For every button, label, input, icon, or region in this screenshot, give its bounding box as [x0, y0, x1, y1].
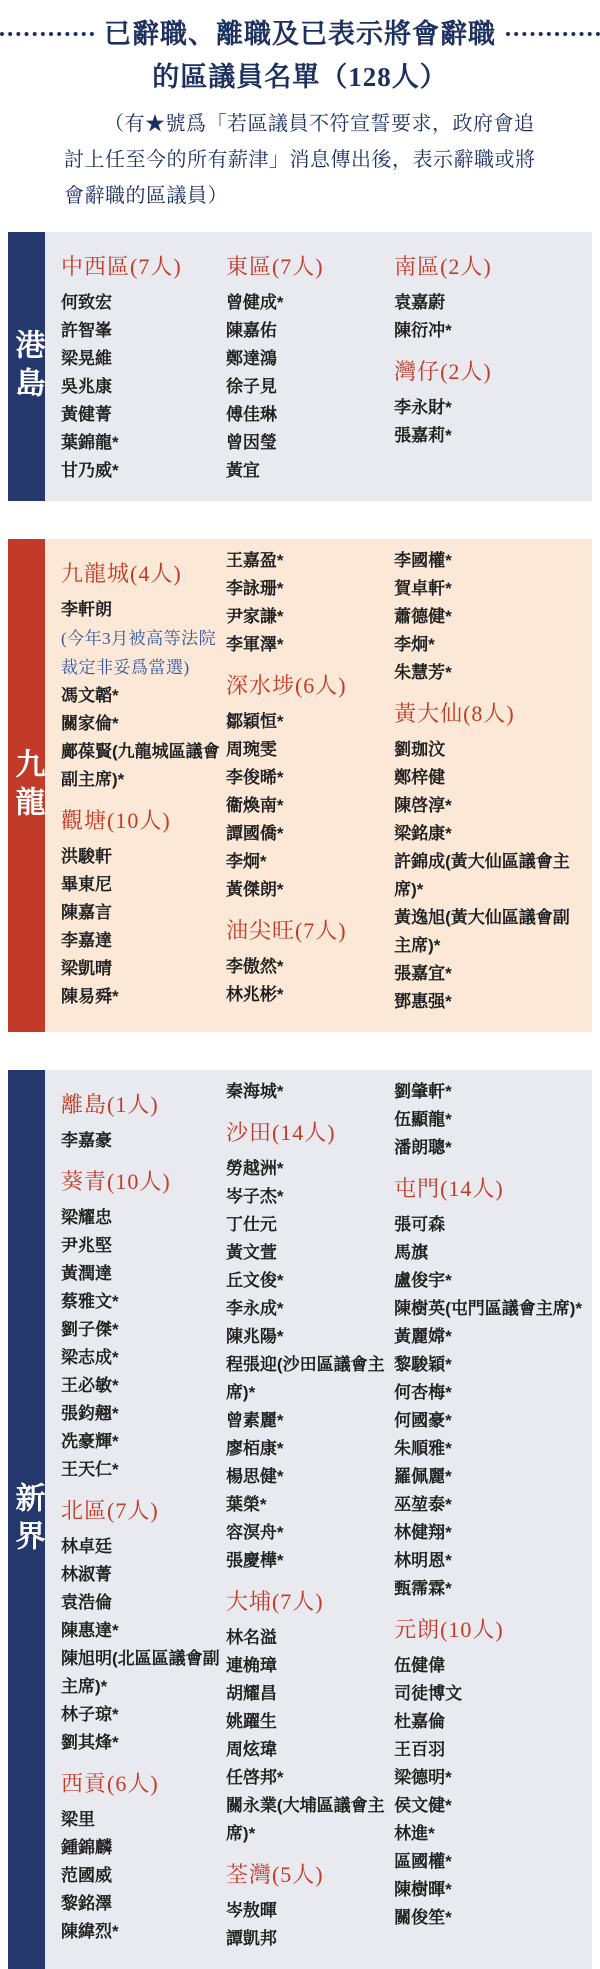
dotted-line-left — [0, 32, 94, 36]
councillor-name: 尹家謙* — [226, 603, 390, 631]
councillor-name: 許智峯 — [61, 317, 222, 345]
councillor-name: 黃潤達 — [61, 1260, 222, 1288]
councillor-name: 譚凱邦 — [226, 1925, 390, 1953]
title-row: 已辭職、離職及已表示將會辭職 — [0, 12, 600, 51]
region-section-hong-kong-island: 港島中西區(7人)何致宏許智峯梁晃維吳兆康黃健菁葉錦龍*甘乃威*東區(7人)曾健… — [8, 232, 592, 501]
councillor-name: 潘朗聰* — [394, 1134, 584, 1162]
councillor-name: 鄒穎恒* — [226, 708, 390, 736]
councillor-name: 王必敏* — [61, 1372, 222, 1400]
page-title-line2: 的區議員名單（128人） — [0, 55, 600, 94]
councillor-name: 丁仕元 — [226, 1211, 390, 1239]
councillor-name: 冼豪輝* — [61, 1428, 222, 1456]
councillor-name: 伍顯龍* — [394, 1106, 584, 1134]
councillor-name: 曾健成* — [226, 289, 390, 317]
councillor-name: 黃文萱 — [226, 1239, 390, 1267]
district-header: 油尖旺(7人) — [226, 917, 390, 945]
councillor-name: 朱慧芳* — [394, 659, 584, 687]
councillor-name: 杜嘉倫 — [394, 1708, 584, 1736]
councillor-name: 馬旗 — [394, 1239, 584, 1267]
district-header: 沙田(14人) — [226, 1119, 390, 1147]
councillor-name: 劉肇軒* — [394, 1078, 584, 1106]
councillor-name: 李軒朗 — [61, 596, 222, 624]
dotted-line-right — [506, 32, 600, 36]
councillor-name: 林健翔* — [394, 1519, 584, 1547]
councillor-name: 賀卓軒* — [394, 575, 584, 603]
region-columns: 中西區(7人)何致宏許智峯梁晃維吳兆康黃健菁葉錦龍*甘乃威*東區(7人)曾健成*… — [45, 232, 592, 501]
councillor-name: 王百羽 — [394, 1736, 584, 1764]
councillor-name: 黃健菁 — [61, 401, 222, 429]
councillor-name: 張可森 — [394, 1211, 584, 1239]
councillor-name: 秦海城* — [226, 1078, 390, 1106]
councillor-name: 廖栢康* — [226, 1435, 390, 1463]
councillor-name: 蕭德健* — [394, 603, 584, 631]
councillor-name: 黃傑朗* — [226, 876, 390, 904]
councillor-name: 袁浩倫 — [61, 1589, 222, 1617]
councillor-name: 劉珈汶 — [394, 736, 584, 764]
district-header: 西貢(6人) — [61, 1770, 222, 1798]
councillor-name: 黎駿穎* — [394, 1351, 584, 1379]
councillor-name: 梁晃維 — [61, 345, 222, 373]
councillor-name: 蔡雅文* — [61, 1288, 222, 1316]
district-header: 東區(7人) — [226, 253, 390, 281]
district-header: 離島(1人) — [61, 1091, 222, 1119]
councillor-name: 葉錦龍* — [61, 429, 222, 457]
councillor-name: 周琬雯 — [226, 736, 390, 764]
district-header: 荃灣(5人) — [226, 1861, 390, 1889]
councillor-name: 何杏梅* — [394, 1379, 584, 1407]
councillor-name: 李俊晞* — [226, 764, 390, 792]
district-header: 元朗(10人) — [394, 1616, 584, 1644]
district-header: 九龍城(4人) — [61, 560, 222, 588]
councillor-name: 巫堃泰* — [394, 1491, 584, 1519]
councillor-name: 李永財* — [394, 394, 584, 422]
councillor-name: 關永業(大埔區議會主席)* — [226, 1792, 390, 1848]
councillor-name: 姚躍生 — [226, 1708, 390, 1736]
councillor-name: 王天仁* — [61, 1456, 222, 1484]
district-header: 南區(2人) — [394, 253, 584, 281]
councillor-name: 梁德明* — [394, 1764, 584, 1792]
councillor-name: 岑敖暉 — [226, 1897, 390, 1925]
councillor-name: 黃逸旭(黃大仙區議會副主席)* — [394, 904, 584, 960]
councillor-name: 關俊笙* — [394, 1904, 584, 1932]
councillor-name: 鄭達鴻 — [226, 345, 390, 373]
councillor-name: 袁嘉蔚 — [394, 289, 584, 317]
councillor-name: 張慶樺* — [226, 1547, 390, 1575]
column: 九龍城(4人)李軒朗(今年3月被高等法院裁定非妥爲當選)馮文韜*關家倫*鄺葆賢(… — [61, 547, 222, 1016]
councillor-name: 李國權* — [394, 547, 584, 575]
councillor-name: 林子琼* — [61, 1701, 222, 1729]
councillor-name: 劉子傑* — [61, 1316, 222, 1344]
region-columns: 離島(1人)李嘉豪葵青(10人)梁耀忠尹兆堅黃潤達蔡雅文*劉子傑*梁志成*王必敏… — [45, 1070, 592, 1969]
councillor-name: 李嘉達 — [61, 927, 222, 955]
councillor-name: 岑子杰* — [226, 1183, 390, 1211]
councillor-name: 曾因瑩 — [226, 429, 390, 457]
councillor-name: 任啓邦* — [226, 1764, 390, 1792]
councillor-name: 李炯* — [226, 848, 390, 876]
infographic-header: 已辭職、離職及已表示將會辭職 的區議員名單（128人） （有★號爲「若區議員不符… — [0, 0, 600, 214]
councillor-name: 陳緯烈* — [61, 1918, 222, 1946]
region-section-new-territories: 新界離島(1人)李嘉豪葵青(10人)梁耀忠尹兆堅黃潤達蔡雅文*劉子傑*梁志成*王… — [8, 1070, 592, 1969]
councillor-name: 陳兆陽* — [226, 1323, 390, 1351]
councillor-name: 陳惠達* — [61, 1617, 222, 1645]
district-header: 灣仔(2人) — [394, 358, 584, 386]
councillor-name: 鍾錦麟 — [61, 1834, 222, 1862]
district-header: 大埔(7人) — [226, 1588, 390, 1616]
councillor-name: 黎銘澤 — [61, 1890, 222, 1918]
district-header: 屯門(14人) — [394, 1175, 584, 1203]
councillor-name: 梁銘康* — [394, 820, 584, 848]
column: 王嘉盈*李詠珊*尹家謙*李軍澤*深水埗(6人)鄒穎恒*周琬雯李俊晞*衞煥南*譚國… — [226, 547, 390, 1016]
region-columns: 九龍城(4人)李軒朗(今年3月被高等法院裁定非妥爲當選)馮文韜*關家倫*鄺葆賢(… — [45, 539, 592, 1032]
councillor-name: 林明恩* — [394, 1547, 584, 1575]
councillor-name: 陳嘉佑 — [226, 317, 390, 345]
councillor-name: 陳啓淳* — [394, 792, 584, 820]
councillor-name: 洪駿軒 — [61, 843, 222, 871]
councillor-name: 曾素麗* — [226, 1407, 390, 1435]
councillor-name: 張嘉宜* — [394, 960, 584, 988]
councillor-name: 林卓廷 — [61, 1533, 222, 1561]
councillor-name: 丘文俊* — [226, 1267, 390, 1295]
councillor-name: 李炯* — [394, 631, 584, 659]
councillor-name: 朱順雅* — [394, 1435, 584, 1463]
councillor-name: 區國權* — [394, 1848, 584, 1876]
councillor-name: 勞越洲* — [226, 1155, 390, 1183]
councillor-name: 程張迎(沙田區議會主席)* — [226, 1351, 390, 1407]
councillor-name: 尹兆堅 — [61, 1232, 222, 1260]
disqualification-note: (今年3月被高等法院裁定非妥爲當選) — [61, 624, 222, 682]
page-title-line1: 已辭職、離職及已表示將會辭職 — [104, 12, 496, 51]
councillor-name: 連桷璋 — [226, 1652, 390, 1680]
councillor-name: 陳樹暉* — [394, 1876, 584, 1904]
region-label-kowloon: 九龍 — [8, 539, 45, 1032]
councillor-name: 林名溢 — [226, 1624, 390, 1652]
councillor-name: 陳旭明(北區區議會副主席)* — [61, 1645, 222, 1701]
councillor-name: 張鈞翹* — [61, 1400, 222, 1428]
councillor-name: 梁耀忠 — [61, 1204, 222, 1232]
councillor-name: 林進* — [394, 1820, 584, 1848]
councillor-name: 梁凱晴 — [61, 955, 222, 983]
district-header: 觀塘(10人) — [61, 807, 222, 835]
column: 李國權*賀卓軒*蕭德健*李炯*朱慧芳*黃大仙(8人)劉珈汶鄭梓健陳啓淳*梁銘康*… — [394, 547, 584, 1016]
councillor-name: 陳樹英(屯門區議會主席)* — [394, 1295, 584, 1323]
region-sections: 港島中西區(7人)何致宏許智峯梁晃維吳兆康黃健菁葉錦龍*甘乃威*東區(7人)曾健… — [0, 214, 600, 1969]
councillor-name: 甘乃威* — [61, 457, 222, 485]
councillor-name: 畢東尼 — [61, 871, 222, 899]
region-label-new-territories: 新界 — [8, 1070, 45, 1969]
councillor-name: 李永成* — [226, 1295, 390, 1323]
district-header: 葵青(10人) — [61, 1168, 222, 1196]
councillor-name: 司徒博文 — [394, 1680, 584, 1708]
column: 離島(1人)李嘉豪葵青(10人)梁耀忠尹兆堅黃潤達蔡雅文*劉子傑*梁志成*王必敏… — [61, 1078, 222, 1953]
councillor-name: 許錦成(黃大仙區議會主席)* — [394, 848, 584, 904]
councillor-name: 林兆彬* — [226, 981, 390, 1009]
councillor-name: 傅佳琳 — [226, 401, 390, 429]
councillor-name: 譚國僑* — [226, 820, 390, 848]
councillor-name: 吳兆康 — [61, 373, 222, 401]
councillor-name: 容溟舟* — [226, 1519, 390, 1547]
councillor-name: 胡耀昌 — [226, 1680, 390, 1708]
councillor-name: 陳易舜* — [61, 983, 222, 1011]
subtitle-note: （有★號爲「若區議員不符宣誓要求，政府會追討上任至今的所有薪津」消息傳出後，表示… — [64, 106, 536, 214]
councillor-name: 黃宜 — [226, 457, 390, 485]
councillor-name: 馮文韜* — [61, 682, 222, 710]
councillor-name: 甄霈霖* — [394, 1575, 584, 1603]
district-header: 北區(7人) — [61, 1497, 222, 1525]
councillor-name: 王嘉盈* — [226, 547, 390, 575]
councillor-name: 徐子見 — [226, 373, 390, 401]
column: 南區(2人)袁嘉蔚陳衍冲*灣仔(2人)李永財*張嘉莉* — [394, 240, 584, 485]
councillor-name: 關家倫* — [61, 710, 222, 738]
district-header: 中西區(7人) — [61, 253, 222, 281]
column: 秦海城*沙田(14人)勞越洲*岑子杰*丁仕元黃文萱丘文俊*李永成*陳兆陽*程張迎… — [226, 1078, 390, 1953]
column: 東區(7人)曾健成*陳嘉佑鄭達鴻徐子見傅佳琳曾因瑩黃宜 — [226, 240, 390, 485]
councillor-name: 伍健偉 — [394, 1652, 584, 1680]
column: 中西區(7人)何致宏許智峯梁晃維吳兆康黃健菁葉錦龍*甘乃威* — [61, 240, 222, 485]
councillor-name: 鄺葆賢(九龍城區議會副主席)* — [61, 738, 222, 794]
councillor-name: 李傲然* — [226, 953, 390, 981]
councillor-name: 何致宏 — [61, 289, 222, 317]
councillor-name: 侯文健* — [394, 1792, 584, 1820]
councillor-name: 何國豪* — [394, 1407, 584, 1435]
councillor-name: 葉榮* — [226, 1491, 390, 1519]
councillor-name: 黃麗嫦* — [394, 1323, 584, 1351]
region-section-kowloon: 九龍九龍城(4人)李軒朗(今年3月被高等法院裁定非妥爲當選)馮文韜*關家倫*鄺葆… — [8, 539, 592, 1032]
councillor-name: 林淑菁 — [61, 1561, 222, 1589]
councillor-name: 李軍澤* — [226, 631, 390, 659]
councillor-name: 劉其烽* — [61, 1729, 222, 1757]
region-label-hong-kong-island: 港島 — [8, 232, 45, 501]
councillor-name: 鄧惠强* — [394, 988, 584, 1016]
councillor-name: 陳衍冲* — [394, 317, 584, 345]
councillor-name: 盧俊宇* — [394, 1267, 584, 1295]
councillor-name: 梁里 — [61, 1806, 222, 1834]
councillor-name: 周炫瑋 — [226, 1736, 390, 1764]
district-header: 黃大仙(8人) — [394, 700, 584, 728]
councillor-name: 范國威 — [61, 1862, 222, 1890]
councillor-name: 鄭梓健 — [394, 764, 584, 792]
councillor-name: 李嘉豪 — [61, 1127, 222, 1155]
councillor-name: 李詠珊* — [226, 575, 390, 603]
councillor-name: 梁志成* — [61, 1344, 222, 1372]
column: 劉肇軒*伍顯龍*潘朗聰*屯門(14人)張可森馬旗盧俊宇*陳樹英(屯門區議會主席)… — [394, 1078, 584, 1953]
councillor-name: 衞煥南* — [226, 792, 390, 820]
councillor-name: 陳嘉言 — [61, 899, 222, 927]
councillor-name: 張嘉莉* — [394, 422, 584, 450]
councillor-name: 羅佩麗* — [394, 1463, 584, 1491]
district-header: 深水埗(6人) — [226, 672, 390, 700]
councillor-name: 楊思健* — [226, 1463, 390, 1491]
